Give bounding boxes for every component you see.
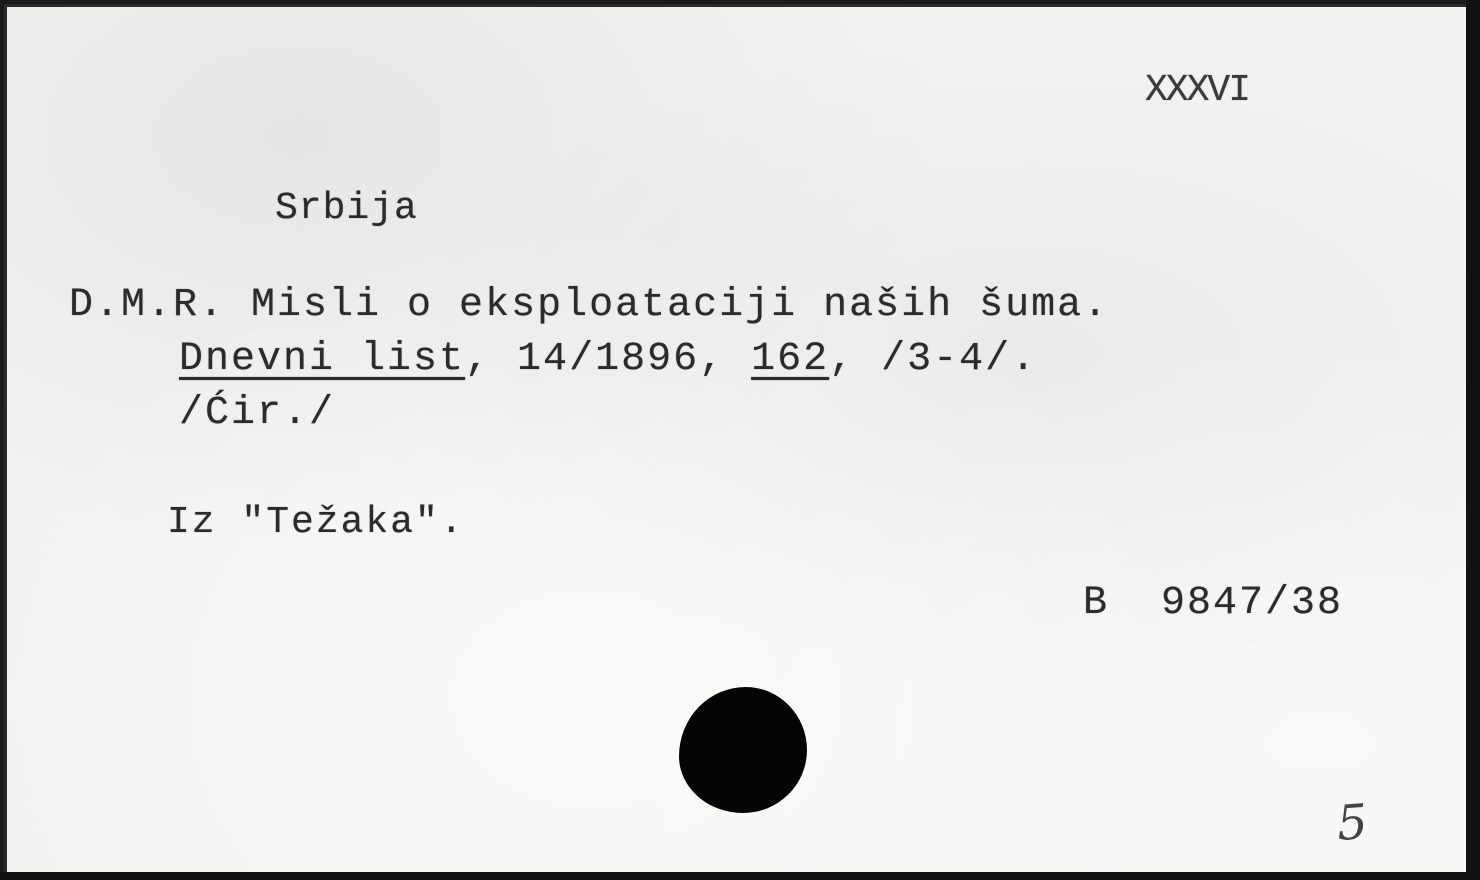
- scan-border-bottom: [0, 872, 1480, 880]
- source-title: Dnevni list: [179, 337, 465, 382]
- source-date: , 14/1896,: [465, 337, 751, 382]
- issue-number: 162: [751, 337, 829, 382]
- handwritten-mark: 5: [1335, 794, 1369, 852]
- card-number: XXXVI: [1145, 69, 1249, 112]
- index-card: XXXVI Srbija D.M.R. Misli o eksploatacij…: [4, 4, 1466, 872]
- entry-author-title: D.M.R. Misli o eksploataciji naših šuma.: [69, 283, 1109, 328]
- origin-note: Iz "Težaka".: [167, 501, 465, 544]
- source-pages: , /3-4/.: [829, 337, 1037, 382]
- shelfmark: B 9847/38: [1083, 581, 1343, 626]
- script-note: /Ćir./: [179, 391, 335, 436]
- scan-border-right: [1466, 0, 1480, 880]
- subject-heading: Srbija: [275, 187, 418, 230]
- entry-source: Dnevni list, 14/1896, 162, /3-4/.: [179, 337, 1037, 382]
- punch-hole: [679, 687, 807, 813]
